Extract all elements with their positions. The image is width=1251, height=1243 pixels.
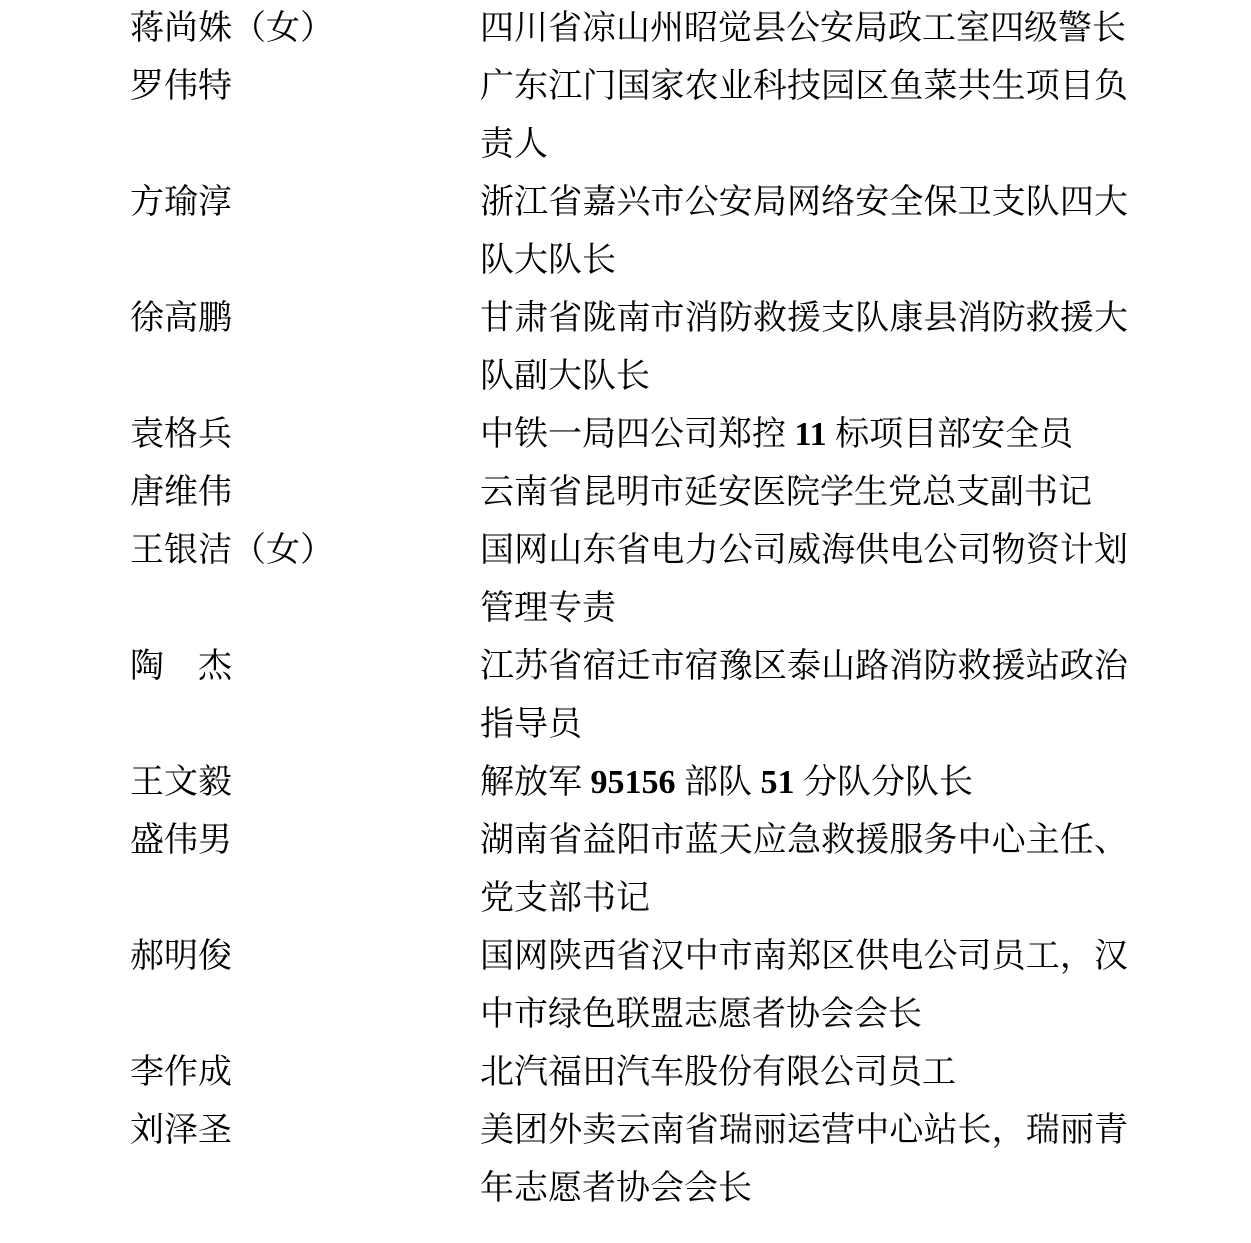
list-item: 王文毅 解放军 95156 部队 51 分队分队长 [0,754,1251,812]
entry-description: 广东江门国家农业科技园区鱼菜共生项目负责人 [480,58,1128,174]
entry-name: 李作成 [130,1044,480,1102]
list-item: 蒋尚姝（女） 四川省凉山州昭觉县公安局政工室四级警长 [0,0,1251,58]
entry-description: 国网山东省电力公司威海供电公司物资计划管理专责 [480,522,1128,638]
list-item: 徐高鹏 甘肃省陇南市消防救援支队康县消防救援大队副大队长 [0,290,1251,406]
document-page: 蒋尚姝（女） 四川省凉山州昭觉县公安局政工室四级警长 罗伟特 广东江门国家农业科… [0,0,1251,1243]
list-item: 李作成 北汽福田汽车股份有限公司员工 [0,1044,1251,1102]
entry-description: 云南省昆明市延安医院学生党总支副书记 [480,464,1128,522]
entry-description: 北汽福田汽车股份有限公司员工 [480,1044,1128,1102]
entry-description: 湖南省益阳市蓝天应急救援服务中心主任、党支部书记 [480,812,1128,928]
entry-description: 国网陕西省汉中市南郑区供电公司员工，汉中市绿色联盟志愿者协会会长 [480,928,1128,1044]
list-item: 王银洁（女） 国网山东省电力公司威海供电公司物资计划管理专责 [0,522,1251,638]
list-item: 方瑜淳 浙江省嘉兴市公安局网络安全保卫支队四大队大队长 [0,174,1251,290]
entry-name: 袁格兵 [130,406,480,464]
entry-name: 罗伟特 [130,58,480,116]
honoree-list: 蒋尚姝（女） 四川省凉山州昭觉县公安局政工室四级警长 罗伟特 广东江门国家农业科… [0,0,1251,1218]
entry-description: 解放军 95156 部队 51 分队分队长 [480,754,1128,812]
entry-name: 陶 杰 [130,638,480,696]
entry-name: 王文毅 [130,754,480,812]
list-item: 唐维伟 云南省昆明市延安医院学生党总支副书记 [0,464,1251,522]
entry-description: 江苏省宿迁市宿豫区泰山路消防救援站政治指导员 [480,638,1128,754]
entry-name: 方瑜淳 [130,174,480,232]
entry-description: 美团外卖云南省瑞丽运营中心站长，瑞丽青年志愿者协会会长 [480,1102,1128,1218]
entry-name: 盛伟男 [130,812,480,870]
entry-name: 刘泽圣 [130,1102,480,1160]
list-item: 郝明俊 国网陕西省汉中市南郑区供电公司员工，汉中市绿色联盟志愿者协会会长 [0,928,1251,1044]
list-item: 刘泽圣 美团外卖云南省瑞丽运营中心站长，瑞丽青年志愿者协会会长 [0,1102,1251,1218]
entry-name: 唐维伟 [130,464,480,522]
list-item: 陶 杰 江苏省宿迁市宿豫区泰山路消防救援站政治指导员 [0,638,1251,754]
entry-description: 浙江省嘉兴市公安局网络安全保卫支队四大队大队长 [480,174,1128,290]
entry-name: 郝明俊 [130,928,480,986]
entry-description: 四川省凉山州昭觉县公安局政工室四级警长 [480,0,1128,58]
list-item: 盛伟男 湖南省益阳市蓝天应急救援服务中心主任、党支部书记 [0,812,1251,928]
entry-name: 王银洁（女） [130,522,480,580]
list-item: 袁格兵 中铁一局四公司郑控 11 标项目部安全员 [0,406,1251,464]
entry-description: 甘肃省陇南市消防救援支队康县消防救援大队副大队长 [480,290,1128,406]
list-item: 罗伟特 广东江门国家农业科技园区鱼菜共生项目负责人 [0,58,1251,174]
entry-description: 中铁一局四公司郑控 11 标项目部安全员 [480,406,1128,464]
entry-name: 徐高鹏 [130,290,480,348]
entry-name: 蒋尚姝（女） [130,0,480,58]
